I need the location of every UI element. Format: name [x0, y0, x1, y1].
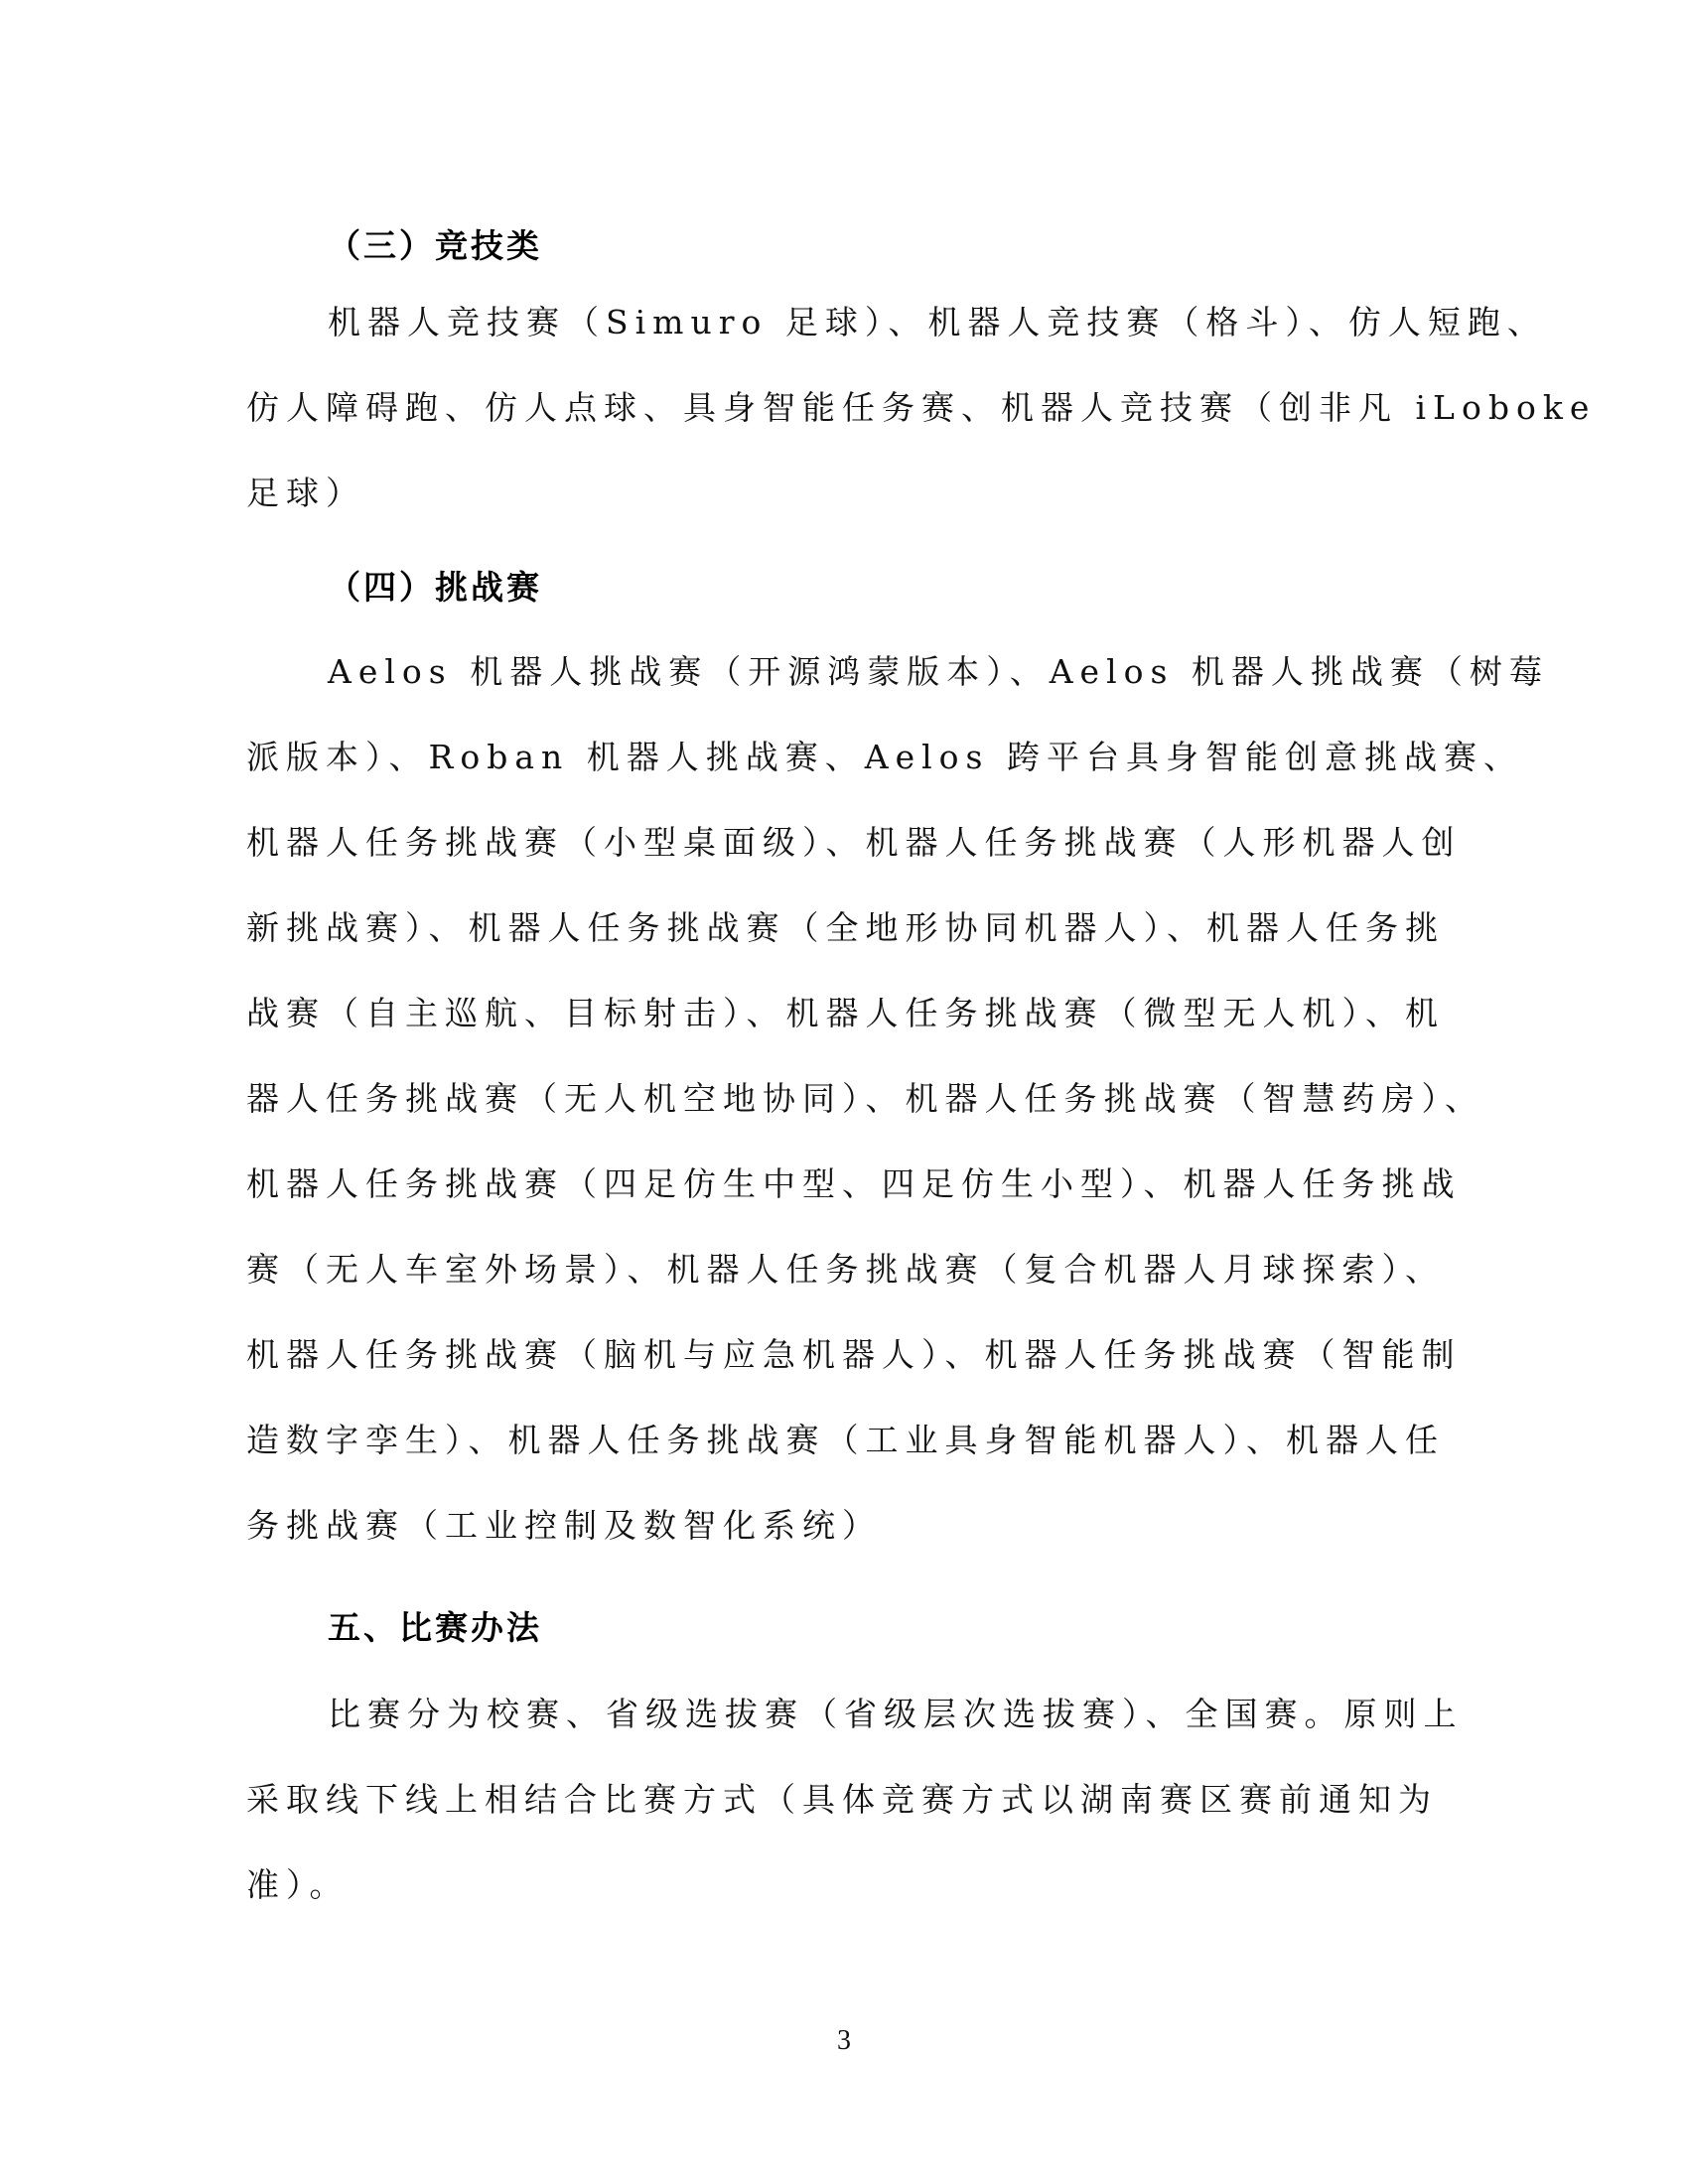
paragraph-line: 准）。	[246, 1855, 1438, 1915]
section-heading-competition-method: 五、比赛办法	[328, 1598, 542, 1658]
page-number: 3	[824, 2025, 864, 2057]
paragraph-line: 派版本）、Roban 机器人挑战赛、Aelos 跨平台具身智能创意挑战赛、	[246, 728, 1438, 787]
paragraph-line: 足球）	[246, 464, 1438, 523]
paragraph-line: 器人任务挑战赛（无人机空地协同）、机器人任务挑战赛（智慧药房）、	[246, 1069, 1438, 1129]
paragraph-line: 造数字孪生）、机器人任务挑战赛（工业具身智能机器人）、机器人任	[246, 1411, 1438, 1470]
paragraph-line: 战赛（自主巡航、目标射击）、机器人任务挑战赛（微型无人机）、机	[246, 984, 1438, 1043]
paragraph-line: 机器人任务挑战赛（脑机与应急机器人）、机器人任务挑战赛（智能制	[246, 1325, 1438, 1385]
paragraph-line: 仿人障碍跑、仿人点球、具身智能任务赛、机器人竞技赛（创非凡 iLoboke	[246, 378, 1438, 438]
paragraph-line: Aelos 机器人挑战赛（开源鸿蒙版本）、Aelos 机器人挑战赛（树莓	[328, 642, 1438, 702]
paragraph-line: 机器人竞技赛（Simuro 足球）、机器人竞技赛（格斗）、仿人短跑、	[328, 293, 1438, 352]
paragraph-line: 比赛分为校赛、省级选拔赛（省级层次选拔赛）、全国赛。原则上	[328, 1685, 1438, 1744]
paragraph-line: 务挑战赛（工业控制及数智化系统）	[246, 1496, 1438, 1556]
document-page: （三）竞技类 机器人竞技赛（Simuro 足球）、机器人竞技赛（格斗）、仿人短跑…	[0, 0, 1688, 2184]
paragraph-line: 新挑战赛）、机器人任务挑战赛（全地形协同机器人）、机器人任务挑	[246, 898, 1438, 958]
section-heading-competitive: （三）竞技类	[328, 216, 542, 276]
paragraph-line: 赛（无人车室外场景）、机器人任务挑战赛（复合机器人月球探索）、	[246, 1240, 1438, 1299]
paragraph-line: 采取线下线上相结合比赛方式（具体竞赛方式以湖南赛区赛前通知为	[246, 1770, 1438, 1830]
section-heading-challenge: （四）挑战赛	[328, 558, 542, 617]
paragraph-line: 机器人任务挑战赛（小型桌面级）、机器人任务挑战赛（人形机器人创	[246, 813, 1438, 873]
paragraph-line: 机器人任务挑战赛（四足仿生中型、四足仿生小型）、机器人任务挑战	[246, 1155, 1438, 1214]
